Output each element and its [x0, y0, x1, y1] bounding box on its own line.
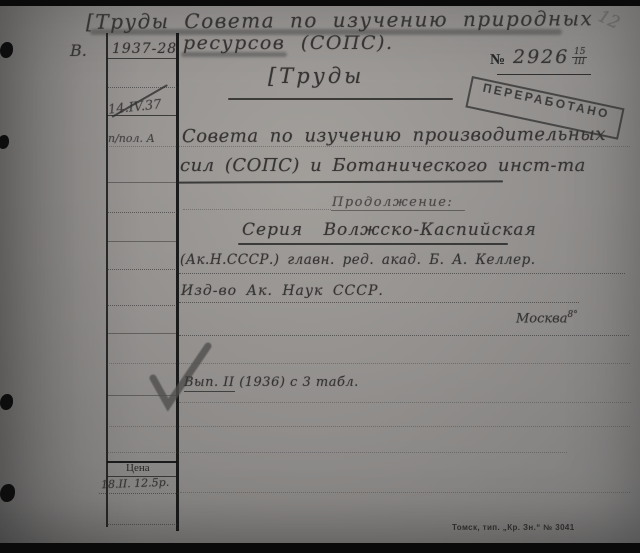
place-rule — [179, 335, 629, 336]
place: Москва — [516, 311, 568, 326]
ruled-line — [107, 212, 177, 213]
publisher-line: Изд-во Ак. Наук СССР. — [181, 283, 384, 299]
accession-number: 2926 — [513, 46, 569, 68]
ruled-line — [107, 58, 177, 59]
corner-pencil-mark: 12 — [595, 6, 623, 33]
ruled-line — [107, 269, 177, 270]
ruled-line — [107, 333, 177, 334]
printer-imprint: Томск, тип. „Кр. Зн.“ № 3041 — [452, 523, 575, 532]
scanned-catalog-card: [Труды Совета по изучению природных ресу… — [0, 0, 640, 553]
card-title-line2: ресурсов (СОПС). — [183, 32, 394, 54]
number-sign: № — [490, 52, 505, 69]
owner-initial: В. — [70, 41, 87, 60]
column-right-rule — [176, 33, 179, 531]
ruled-line — [107, 182, 177, 183]
editor-line: (Ак.Н.СССР.) главн. ред. акад. Б. А. Кел… — [180, 252, 536, 268]
ruled-line — [107, 305, 177, 306]
continuation-note: Продолжение: — [332, 195, 453, 210]
shelf-note: п/пол. А — [108, 132, 155, 145]
accession-date-fraction: 15 III — [572, 48, 587, 67]
continuation-leader — [183, 209, 331, 210]
card-paper: [Труды Совета по изучению природных ресу… — [0, 6, 640, 543]
issue-prefix: Вып. II — [184, 375, 235, 392]
format-mark: 8° — [568, 310, 578, 320]
scan-edge-top — [0, 0, 640, 6]
ruled-line — [107, 426, 630, 427]
price-value: 18.II. 12.5р. — [101, 476, 170, 491]
title-line2-underline-smudge — [181, 52, 287, 57]
body-heading: [Труды — [268, 64, 364, 88]
ruled-line — [180, 492, 630, 493]
editor-rule — [179, 273, 625, 274]
issue-rest: (1936) с 3 табл. — [235, 375, 359, 390]
issue-line: Вып. II (1936) с 3 табл. — [184, 375, 359, 390]
punch-hole — [0, 42, 13, 58]
price-label: Цена — [126, 462, 150, 474]
ruled-line — [107, 241, 177, 242]
heading-underline — [228, 98, 453, 100]
punch-hole — [0, 484, 15, 502]
ruled-line — [107, 524, 177, 525]
continuation-underline — [331, 210, 465, 211]
year-range: 1937-28 — [112, 41, 177, 57]
scan-edge-bottom — [0, 543, 640, 553]
issue-rule — [179, 402, 631, 403]
ruled-line — [107, 87, 177, 88]
issuer-line2-underline — [178, 180, 503, 183]
punch-hole — [0, 135, 9, 149]
ruled-line — [107, 452, 567, 453]
place-and-format: Москва8° — [516, 310, 578, 326]
fraction: 15 III — [572, 48, 587, 67]
issuer-line1: Совета по изучению производительных — [182, 124, 606, 147]
ruled-line — [99, 493, 178, 494]
series-line: Серия Волжско-Каспийская — [242, 220, 537, 240]
publisher-rule — [179, 302, 579, 303]
series-underline — [238, 243, 508, 245]
punch-hole — [0, 394, 13, 410]
issuer-line2: сил (СОПС) и Ботанического инст-та — [180, 155, 586, 176]
number-underline — [497, 74, 591, 75]
